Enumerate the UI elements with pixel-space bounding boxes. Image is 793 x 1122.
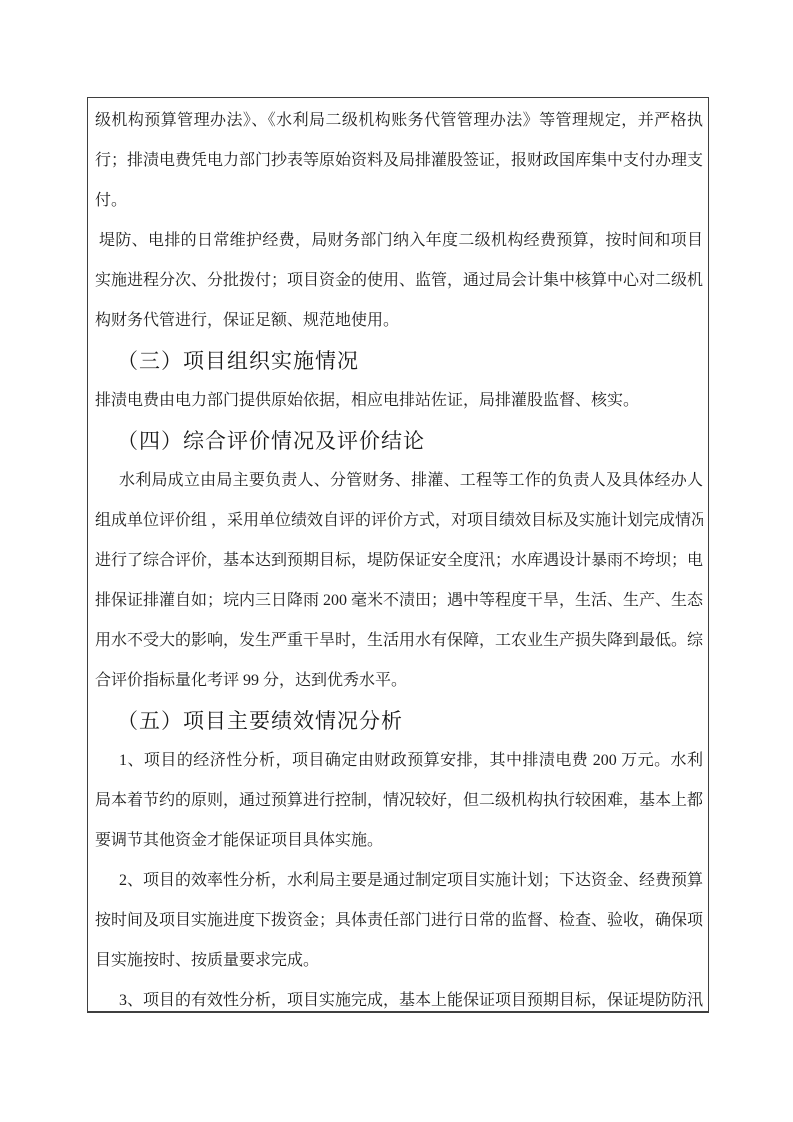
text-line: 用水不受大的影响，发生严重干旱时，生活用水有保障，工农业生产损失降到最低。综 bbox=[95, 621, 703, 661]
section-heading: （五）项目主要绩效情况分析 bbox=[95, 701, 703, 741]
section-heading: （三）项目组织实施情况 bbox=[95, 341, 703, 381]
text-line: 排保证排灌自如；垸内三日降雨 200 毫米不渍田；遇中等程度干旱，生活、生产、生… bbox=[95, 581, 703, 621]
text-line: 组成单位评价组 ，采用单位绩效自评的评价方式，对项目绩效目标及实施计划完成情况 bbox=[95, 501, 703, 541]
text-line: 排渍电费由电力部门提供原始依据，相应电排站佐证，局排灌股监督、核实。 bbox=[95, 381, 703, 421]
report-table-cell: 级机构预算管理办法》、《水利局二级机构账务代管管理办法》等管理规定，并严格执 行… bbox=[87, 97, 709, 1013]
text-line: 付。 bbox=[95, 181, 703, 221]
text-line: 目实施按时、按质量要求完成。 bbox=[95, 941, 703, 981]
text-line: 3、项目的有效性分析，项目实施完成，基本上能保证项目预期目标，保证堤防防汛 bbox=[95, 981, 703, 1013]
text-line: 合评价指标量化考评 99 分，达到优秀水平。 bbox=[95, 661, 703, 701]
text-line: 进行了综合评价，基本达到预期目标，堤防保证安全度汛；水库遇设计暴雨不垮坝；电 bbox=[95, 541, 703, 581]
text-line: 水利局成立由局主要负责人、分管财务、排灌、工程等工作的负责人及具体经办人 bbox=[95, 461, 703, 501]
text-line: 行；排渍电费凭电力部门抄表等原始资料及局排灌股签证，报财政国库集中支付办理支 bbox=[95, 141, 703, 181]
text-line: 实施进程分次、分批拨付；项目资金的使用、监管，通过局会计集中核算中心对二级机 bbox=[95, 261, 703, 301]
document-page: 级机构预算管理办法》、《水利局二级机构账务代管管理办法》等管理规定，并严格执 行… bbox=[0, 0, 793, 1122]
text-line: 要调节其他资金才能保证项目具体实施。 bbox=[95, 821, 703, 861]
text-line: 2、项目的效率性分析，水利局主要是通过制定项目实施计划；下达资金、经费预算， bbox=[95, 861, 703, 901]
text-line: 堤防、电排的日常维护经费，局财务部门纳入年度二级机构经费预算，按时间和项目 bbox=[95, 221, 703, 261]
text-line: 按时间及项目实施进度下拨资金；具体责任部门进行日常的监督、检查、验收，确保项 bbox=[95, 901, 703, 941]
text-line: 级机构预算管理办法》、《水利局二级机构账务代管管理办法》等管理规定，并严格执 bbox=[95, 101, 703, 141]
text-line: 构财务代管进行，保证足额、规范地使用。 bbox=[95, 301, 703, 341]
text-line: 1、项目的经济性分析，项目确定由财政预算安排，其中排渍电费 200 万元。水利 bbox=[95, 741, 703, 781]
text-line: 局本着节约的原则，通过预算进行控制，情况较好，但二级机构执行较困难，基本上都 bbox=[95, 781, 703, 821]
section-heading: （四）综合评价情况及评价结论 bbox=[95, 421, 703, 461]
